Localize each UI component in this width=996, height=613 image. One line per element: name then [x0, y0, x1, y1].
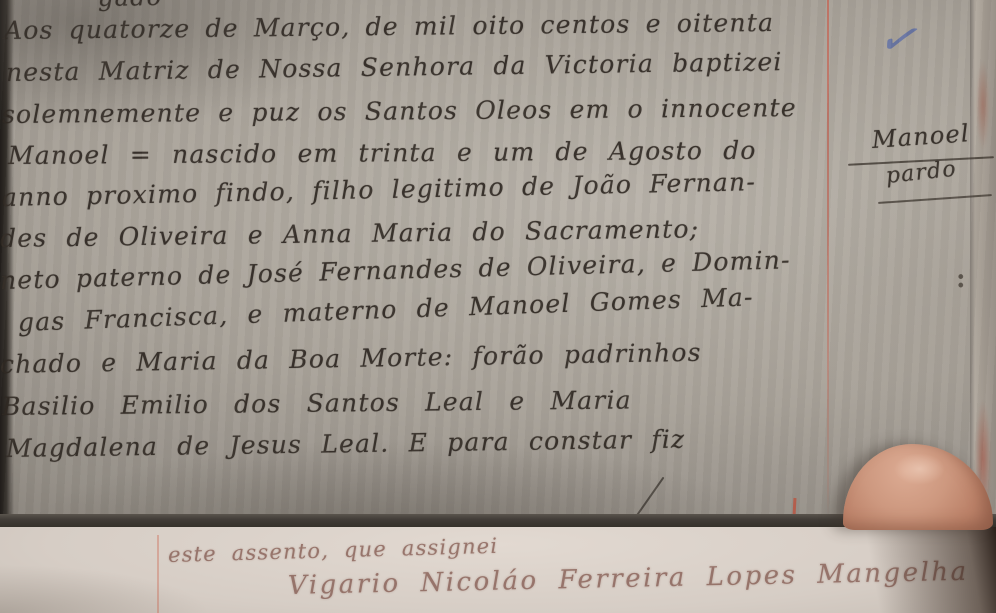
baptism-record-page: gado Aos quatorze de Março, de mil oito …	[0, 0, 996, 527]
continuation-line: este assento, que assignei	[168, 534, 499, 567]
record-line: anno proximo findo, filho legitimo de Jo…	[2, 167, 757, 212]
colon-annotation: :	[956, 264, 966, 294]
record-line: Aos quatorze de Março, de mil oito cento…	[4, 8, 774, 45]
register-photo: gado Aos quatorze de Março, de mil oito …	[0, 0, 996, 613]
red-margin-rule-bottom	[157, 535, 159, 613]
record-line: solemnemente e puz os Santos Oleos em o …	[2, 93, 797, 129]
continuation-page: este assento, que assignei Vigario Nicol…	[0, 527, 996, 613]
record-line: des de Oliveira e Anna Maria do Sacramen…	[0, 214, 699, 253]
vicar-signature: Vigario Nicoláo Ferreira Lopes Mangelha	[288, 557, 969, 601]
record-line: Manoel = nascido em trinta e um de Agost…	[8, 136, 757, 170]
red-margin-rule	[827, 0, 829, 516]
record-line: Basilio Emilio dos Santos Leal e Maria	[2, 385, 632, 421]
page-edge-stain	[976, 60, 990, 150]
record-line: nesta Matriz de Nossa Senhora da Victori…	[6, 47, 783, 87]
blue-checkmark-icon: ✓	[873, 14, 929, 64]
record-line: Magdalena de Jesus Leal. E para constar …	[6, 425, 686, 463]
margin-note-name: Manoel	[871, 119, 971, 154]
cut-line-fragment: gado	[98, 0, 163, 12]
record-line: chado e Maria da Boa Morte: forão padrin…	[0, 338, 702, 379]
